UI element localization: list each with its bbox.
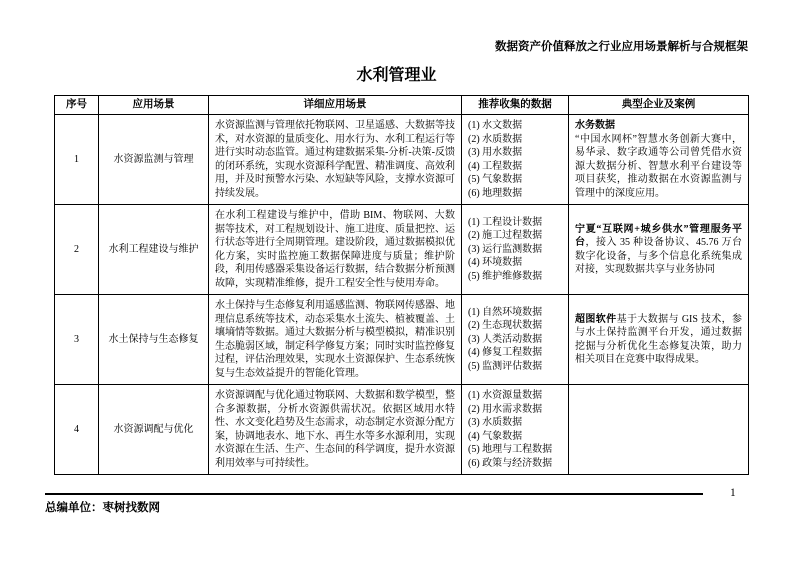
detail-cell: 水资源调配与优化通过物联网、大数据和数学模型，整合多源数据，分析水资源供需状况。… (209, 385, 462, 475)
scenario-cell: 水土保持与生态修复 (99, 295, 209, 385)
scenario-cell: 水资源监测与管理 (99, 115, 209, 205)
table-row: 2水利工程建设与维护在水利工程建设与维护中，借助 BIM、物联网、大数据等技术，… (55, 205, 749, 295)
data-item: (4) 修复工程数据 (468, 346, 562, 360)
scenario-cell: 水利工程建设与维护 (99, 205, 209, 295)
data-item: (5) 气象数据 (468, 173, 562, 187)
data-list-cell: (1) 水资源量数据(2) 用水需求数据(3) 水质数据(4) 气象数据(5) … (462, 385, 569, 475)
data-item: (2) 用水需求数据 (468, 403, 562, 417)
data-item: (6) 地理数据 (468, 187, 562, 201)
case-description: ，接入 35 种设备协议、45.76 万台数字化设备，与多个信息化系统集成对接，… (575, 237, 742, 275)
data-item: (3) 人类活动数据 (468, 333, 562, 347)
footer-publisher: 总编单位：枣树找数网 (45, 499, 160, 515)
data-item: (1) 水资源量数据 (468, 389, 562, 403)
document-page: 数据资产价值释放之行业应用场景解析与合规框架 水利管理业 序号 应用场景 详细应… (0, 0, 793, 561)
case-cell: 超图软件基于大数据与 GIS 技术，参与水土保持监测平台开发，通过数据挖掘与分析… (569, 295, 749, 385)
case-cell (569, 385, 749, 475)
column-header-no: 序号 (55, 96, 99, 115)
column-header-data: 推荐收集的数据 (462, 96, 569, 115)
data-item: (1) 工程设计数据 (468, 216, 562, 230)
data-list-cell: (1) 水文数据(2) 水质数据(3) 用水数据(4) 工程数据(5) 气象数据… (462, 115, 569, 205)
document-header: 数据资产价值释放之行业应用场景解析与合规框架 (54, 38, 748, 54)
data-item: (6) 政策与经济数据 (468, 457, 562, 471)
data-item: (1) 水文数据 (468, 119, 562, 133)
row-number-cell: 2 (55, 205, 99, 295)
data-list-cell: (1) 自然环境数据(2) 生态现状数据(3) 人类活动数据(4) 修复工程数据… (462, 295, 569, 385)
table-header: 序号 应用场景 详细应用场景 推荐收集的数据 典型企业及案例 (55, 96, 749, 115)
detail-cell: 水土保持与生态修复利用遥感监测、物联网传感器、地理信息系统等技术，动态采集水土流… (209, 295, 462, 385)
case-description: “中国水网杯”智慧水务创新大赛中，易华录、数字政通等公司曾凭借水资源大数据分析、… (575, 134, 742, 199)
case-company-name: 超图软件 (575, 314, 617, 325)
data-item: (5) 地理与工程数据 (468, 443, 562, 457)
data-item: (3) 用水数据 (468, 146, 562, 160)
row-number-cell: 1 (55, 115, 99, 205)
column-header-case: 典型企业及案例 (569, 96, 749, 115)
footer-divider (45, 493, 703, 495)
data-item: (2) 生态现状数据 (468, 319, 562, 333)
data-item: (2) 施工过程数据 (468, 229, 562, 243)
column-header-scenario: 应用场景 (99, 96, 209, 115)
data-list-cell: (1) 工程设计数据(2) 施工过程数据(3) 运行监测数据(4) 环境数据(5… (462, 205, 569, 295)
row-number-cell: 4 (55, 385, 99, 475)
data-item: (4) 气象数据 (468, 430, 562, 444)
case-company-name: 水务数据 (575, 119, 742, 133)
data-item: (3) 运行监测数据 (468, 243, 562, 257)
detail-cell: 在水利工程建设与维护中，借助 BIM、物联网、大数据等技术，对工程规划设计、施工… (209, 205, 462, 295)
case-cell: 水务数据“中国水网杯”智慧水务创新大赛中，易华录、数字政通等公司曾凭借水资源大数… (569, 115, 749, 205)
column-header-detail: 详细应用场景 (209, 96, 462, 115)
table-row: 1水资源监测与管理水资源监测与管理依托物联网、卫星遥感、大数据等技术，对水资源的… (55, 115, 749, 205)
page-number: 1 (730, 487, 736, 499)
case-cell: 宁夏“互联网+城乡供水”管理服务平台，接入 35 种设备协议、45.76 万台数… (569, 205, 749, 295)
row-number-cell: 3 (55, 295, 99, 385)
data-item: (1) 自然环境数据 (468, 306, 562, 320)
page-title: 水利管理业 (0, 62, 793, 85)
table-row: 3水土保持与生态修复水土保持与生态修复利用遥感监测、物联网传感器、地理信息系统等… (55, 295, 749, 385)
table-header-row: 序号 应用场景 详细应用场景 推荐收集的数据 典型企业及案例 (55, 96, 749, 115)
main-table: 序号 应用场景 详细应用场景 推荐收集的数据 典型企业及案例 1水资源监测与管理… (54, 95, 749, 475)
data-item: (4) 工程数据 (468, 160, 562, 174)
table-body: 1水资源监测与管理水资源监测与管理依托物联网、卫星遥感、大数据等技术，对水资源的… (55, 115, 749, 475)
scenario-cell: 水资源调配与优化 (99, 385, 209, 475)
data-item: (4) 环境数据 (468, 256, 562, 270)
table-row: 4水资源调配与优化水资源调配与优化通过物联网、大数据和数学模型，整合多源数据，分… (55, 385, 749, 475)
detail-cell: 水资源监测与管理依托物联网、卫星遥感、大数据等技术，对水资源的量质变化、用水行为… (209, 115, 462, 205)
data-item: (5) 维护维修数据 (468, 270, 562, 284)
data-item: (3) 水质数据 (468, 416, 562, 430)
data-item: (5) 监测评估数据 (468, 360, 562, 374)
data-item: (2) 水质数据 (468, 133, 562, 147)
